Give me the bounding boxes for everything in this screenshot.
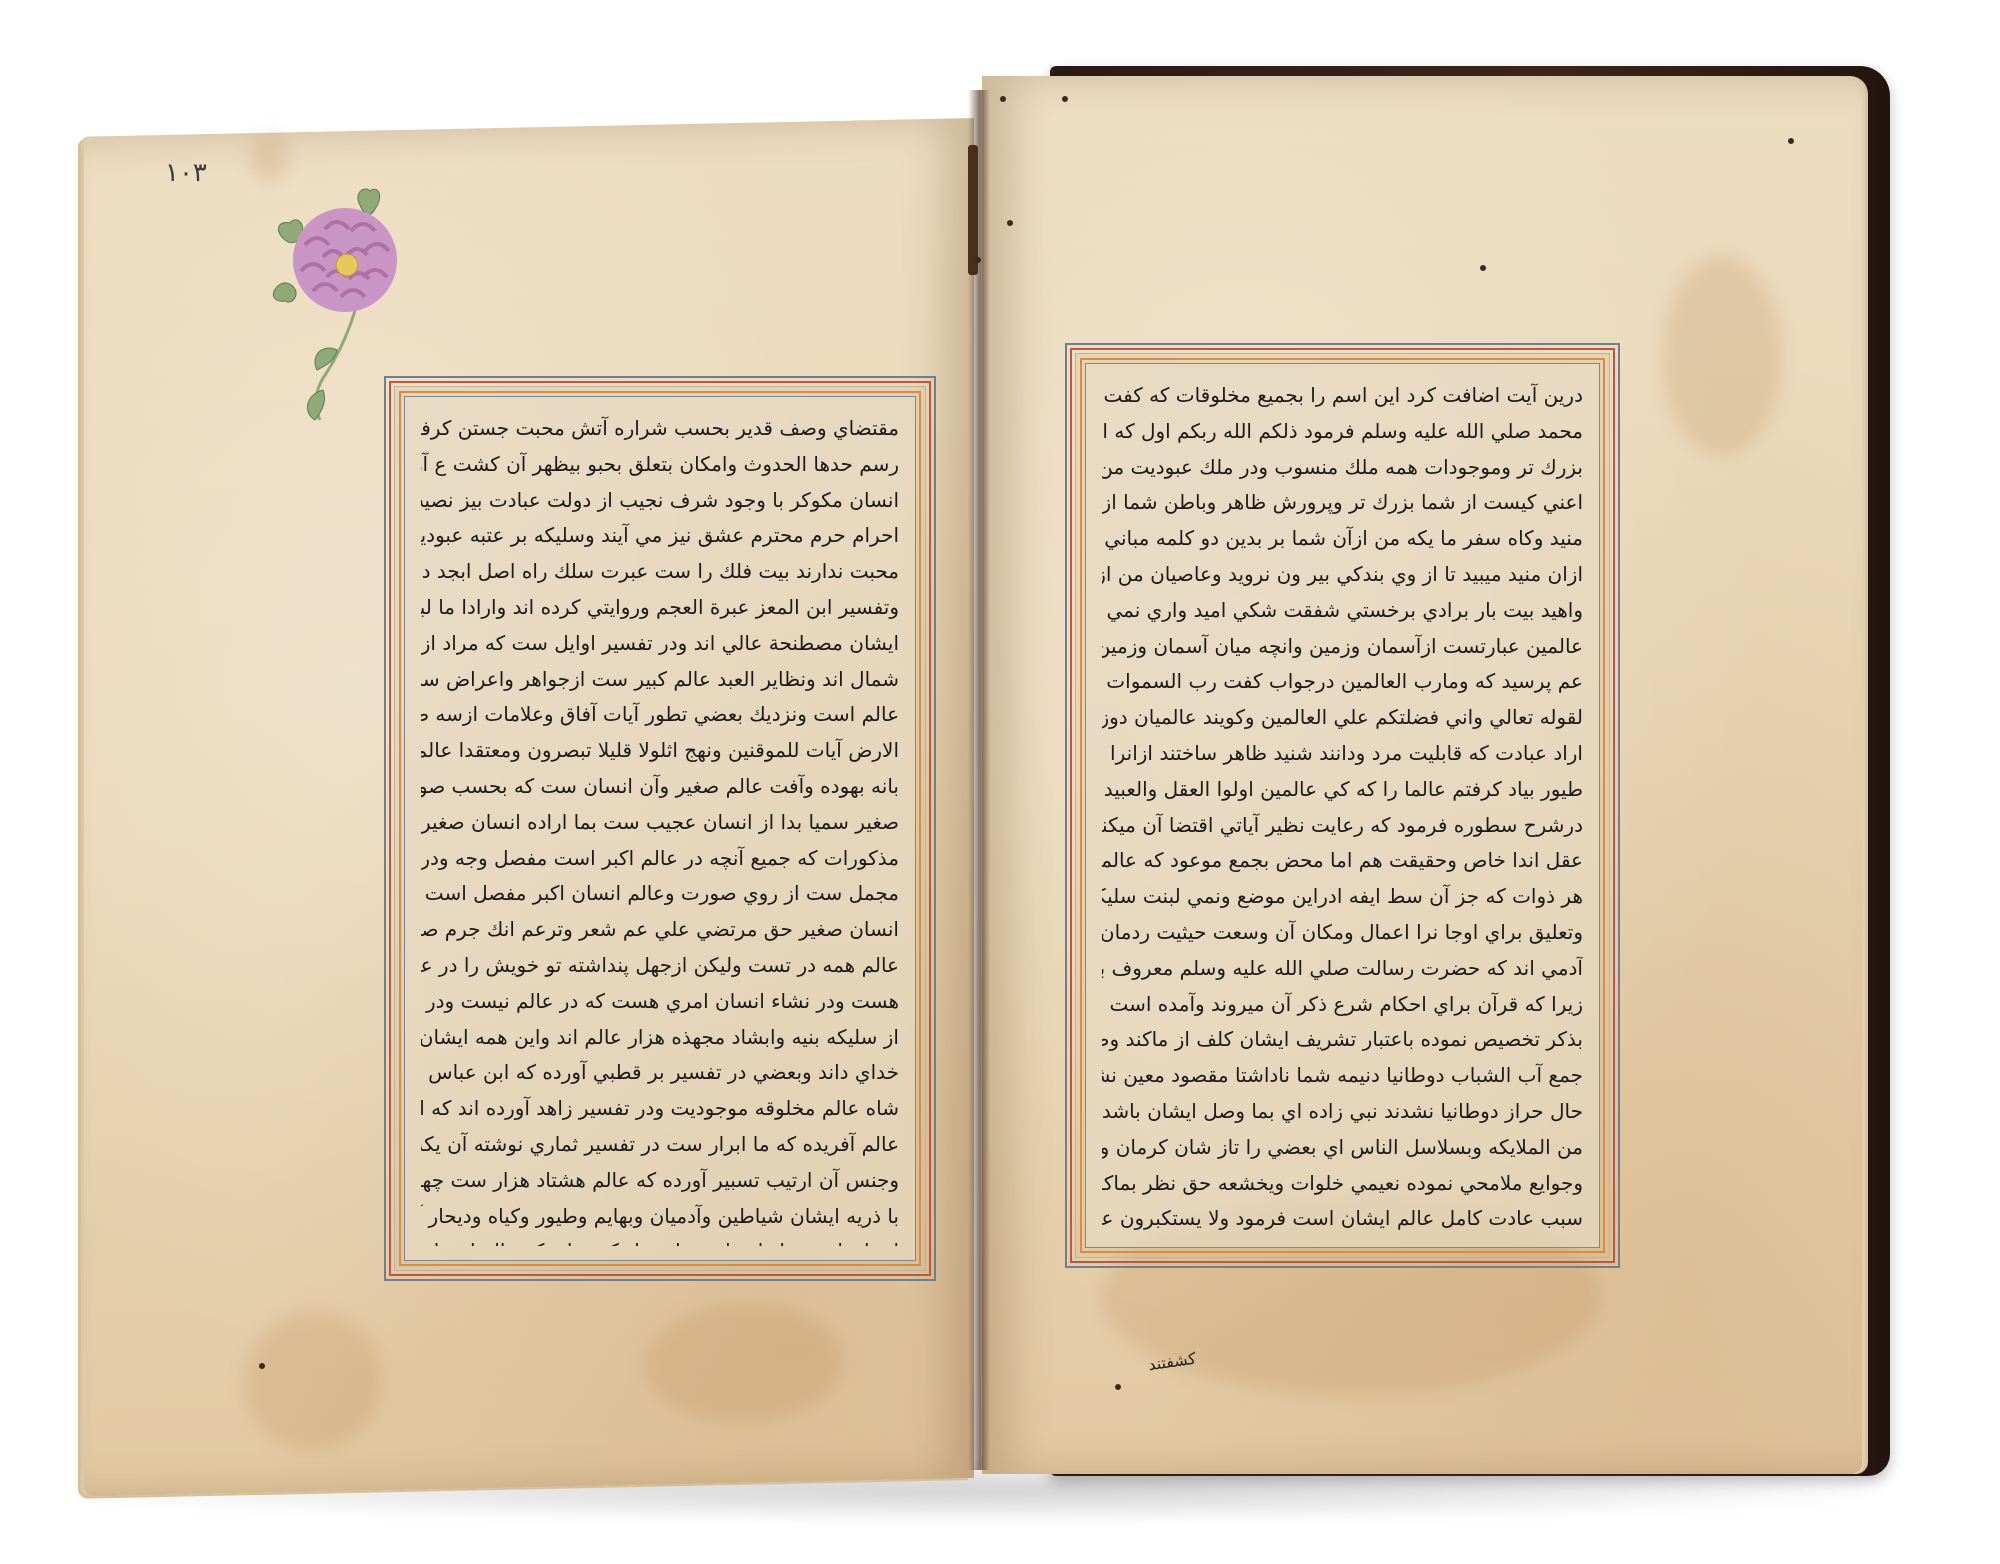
stain (1662, 256, 1782, 456)
text-line: منيد وكاه سفر ما يكه من ازآن شما بر بدين… (1102, 521, 1583, 557)
text-line: بذكر تخصيص نموده باعتبار تشريف ايشان كلف… (1102, 1022, 1583, 1058)
text-line: وتفسير ابن المعز عبرة العجم وروايتي كرده… (421, 590, 899, 626)
text-line: با ذريه ايشان شياطين وآدميان وبهايم وطيو… (421, 1199, 899, 1235)
text-line: حال حراز دوطانيا نشدند نبي زاده اي بما و… (1102, 1094, 1583, 1130)
stain (244, 1310, 384, 1453)
text-line: شاه عالم مخلوقه موجوديت ودر تفسير زاهد آ… (421, 1091, 899, 1127)
text-line: عالم آفريده كه ما ابرار ست در تفسير ثمار… (421, 1127, 899, 1163)
text-line: هست ودر نشاء انسان امري هست كه در عالم ن… (421, 984, 899, 1020)
text-line: سبب عادت كامل عالم ايشان است فرمود ولا ي… (1102, 1201, 1583, 1233)
right-text-block: درين آيت اضافت كرد اين اسم را بجميع مخلو… (1102, 378, 1583, 1233)
wormhole (259, 1363, 265, 1369)
text-line: شمال اند ونظاير العبد عالم كبير ست ازجوا… (421, 662, 899, 698)
spine-damage (968, 145, 978, 275)
text-line: بزرك تر وموجودات همه ملك منسوب ودر ملك ع… (1102, 450, 1583, 486)
text-line: ايشان است واز ابن ابي رباح نقل كرده اند … (421, 1234, 899, 1246)
wormhole (1007, 220, 1013, 226)
folio-number: ١٠٣ (165, 158, 207, 188)
text-line: ايشان مصطنحة عالي اند ودر تفسير اوايل ست… (421, 626, 899, 662)
text-line: عقل اندا خاص وحقيقت هم اما محض بجمع موعو… (1102, 843, 1583, 879)
text-line: زيرا كه قرآن براي احكام شرع ذكر آن ميرون… (1102, 987, 1583, 1023)
text-line: طيور بياد كرفتم عالما را كه كي عالمين او… (1102, 772, 1583, 808)
text-line: عم پرسيد كه ومارب العالمين درجواب كفت رب… (1102, 664, 1583, 700)
wormhole (1000, 96, 1006, 102)
text-line: وجوايع ملامحي نموده نعيمي خلوات ويخشعه ح… (1102, 1166, 1583, 1202)
text-line: درين آيت اضافت كرد اين اسم را بجميع مخلو… (1102, 378, 1583, 414)
text-line: وتعليق براي اوجا نرا اعمال ومكان آن وسعت… (1102, 915, 1583, 951)
wormhole (1062, 96, 1068, 102)
wormhole (1480, 265, 1486, 271)
text-line: انسان صغير حق مرتضي علي عم شعر وترعم انك… (421, 912, 899, 948)
text-line: مجمل ست از روي صورت وعالم انسان اكبر مفص… (421, 876, 899, 912)
text-line: هر ذوات كه جز آن سط ايفه ادراين موضع ونم… (1102, 879, 1583, 915)
text-line: عالم است ونزديك بعضي تطور آيات آفاق وعلا… (421, 697, 899, 733)
text-line: صغير سميا بدا از انسان عجيب ست بما اراده… (421, 805, 899, 841)
text-line: از سليكه بنيه وابشاد مجهذه هزار عالم اند… (421, 1020, 899, 1056)
text-line: محمد صلي الله عليه وسلم فرمود ذلكم الله … (1102, 414, 1583, 450)
left-text-frame: مقتضاي وصف قدير بحسب شراره آتش محبت جستن… (384, 376, 936, 1281)
text-line: انسان مكوكر با وجود شرف نجيب از دولت عبا… (421, 483, 899, 519)
text-line: الارض آيات للموقنين ونهج اثلولا قليلا تب… (421, 733, 899, 769)
text-line: جمع آب الشباب دوطانيا دنيمه شما ناداشتا … (1102, 1058, 1583, 1094)
wormhole (1788, 138, 1794, 144)
text-line: ازان منيد ميبيد تا از وي بندكي بير ون نر… (1102, 557, 1583, 593)
text-line: لقوله تعالي واني فضلتكم علي العالمين وكو… (1102, 700, 1583, 736)
right-text-frame: درين آيت اضافت كرد اين اسم را بجميع مخلو… (1065, 343, 1620, 1268)
text-line: مقتضاي وصف قدير بحسب شراره آتش محبت جستن… (421, 411, 899, 447)
text-line: واهيد بيت بار برادي برخستي شفقت شكي اميد… (1102, 593, 1583, 629)
text-line: رسم حدها الحدوث وامكان بتعلق بحبو بيظهر … (421, 447, 899, 483)
left-text-block: مقتضاي وصف قدير بحسب شراره آتش محبت جستن… (421, 411, 899, 1246)
text-line: عالم همه در تست وليكن ازجهل پنداشته تو خ… (421, 948, 899, 984)
text-line: محبت ندارند بيت فلك را ست عبرت سلك راه ا… (421, 554, 899, 590)
stain (644, 1301, 844, 1425)
manuscript-photo: ١٠٣ مقتضاي وصف قدير بحسب شراره آتش محبت … (0, 0, 2000, 1564)
text-line: بانه بهوده وآفت عالم صغير وآن انسان ست ك… (421, 769, 899, 805)
text-line: آدمي اند كه حضرت رسالت صلي الله عليه وسل… (1102, 951, 1583, 987)
text-line: اعني كيست از شما بزرك تر وپرورش ظاهر وبا… (1102, 485, 1583, 521)
stain (249, 132, 289, 183)
text-line: درشرح سطوره فرمود كه رعايت نظير آياتي اق… (1102, 808, 1583, 844)
text-line: احرام حرم محترم عشق نيز مي آيند وسليكه ب… (421, 518, 899, 554)
text-line: اراد عبادت كه قابليت مرد ودانند شنيد ظاه… (1102, 736, 1583, 772)
text-line: خداي داند وبعضي در تفسير بر قطبي آورده ك… (421, 1055, 899, 1091)
text-line: من الملايكه وبسلاسل الناس اي بعضي را تاز… (1102, 1130, 1583, 1166)
text-line: عالمين عبارتست ازآسمان وزمين وانچه ميان … (1102, 629, 1583, 665)
text-line: وجنس آن ارتيب تسبير آورده كه عالم هشتاد … (421, 1163, 899, 1199)
wormhole (975, 257, 981, 263)
wormhole (1115, 1384, 1121, 1390)
book-gutter (968, 90, 990, 1470)
text-line: مذكورات كه جميع آنچه در عالم اكبر است مف… (421, 841, 899, 877)
